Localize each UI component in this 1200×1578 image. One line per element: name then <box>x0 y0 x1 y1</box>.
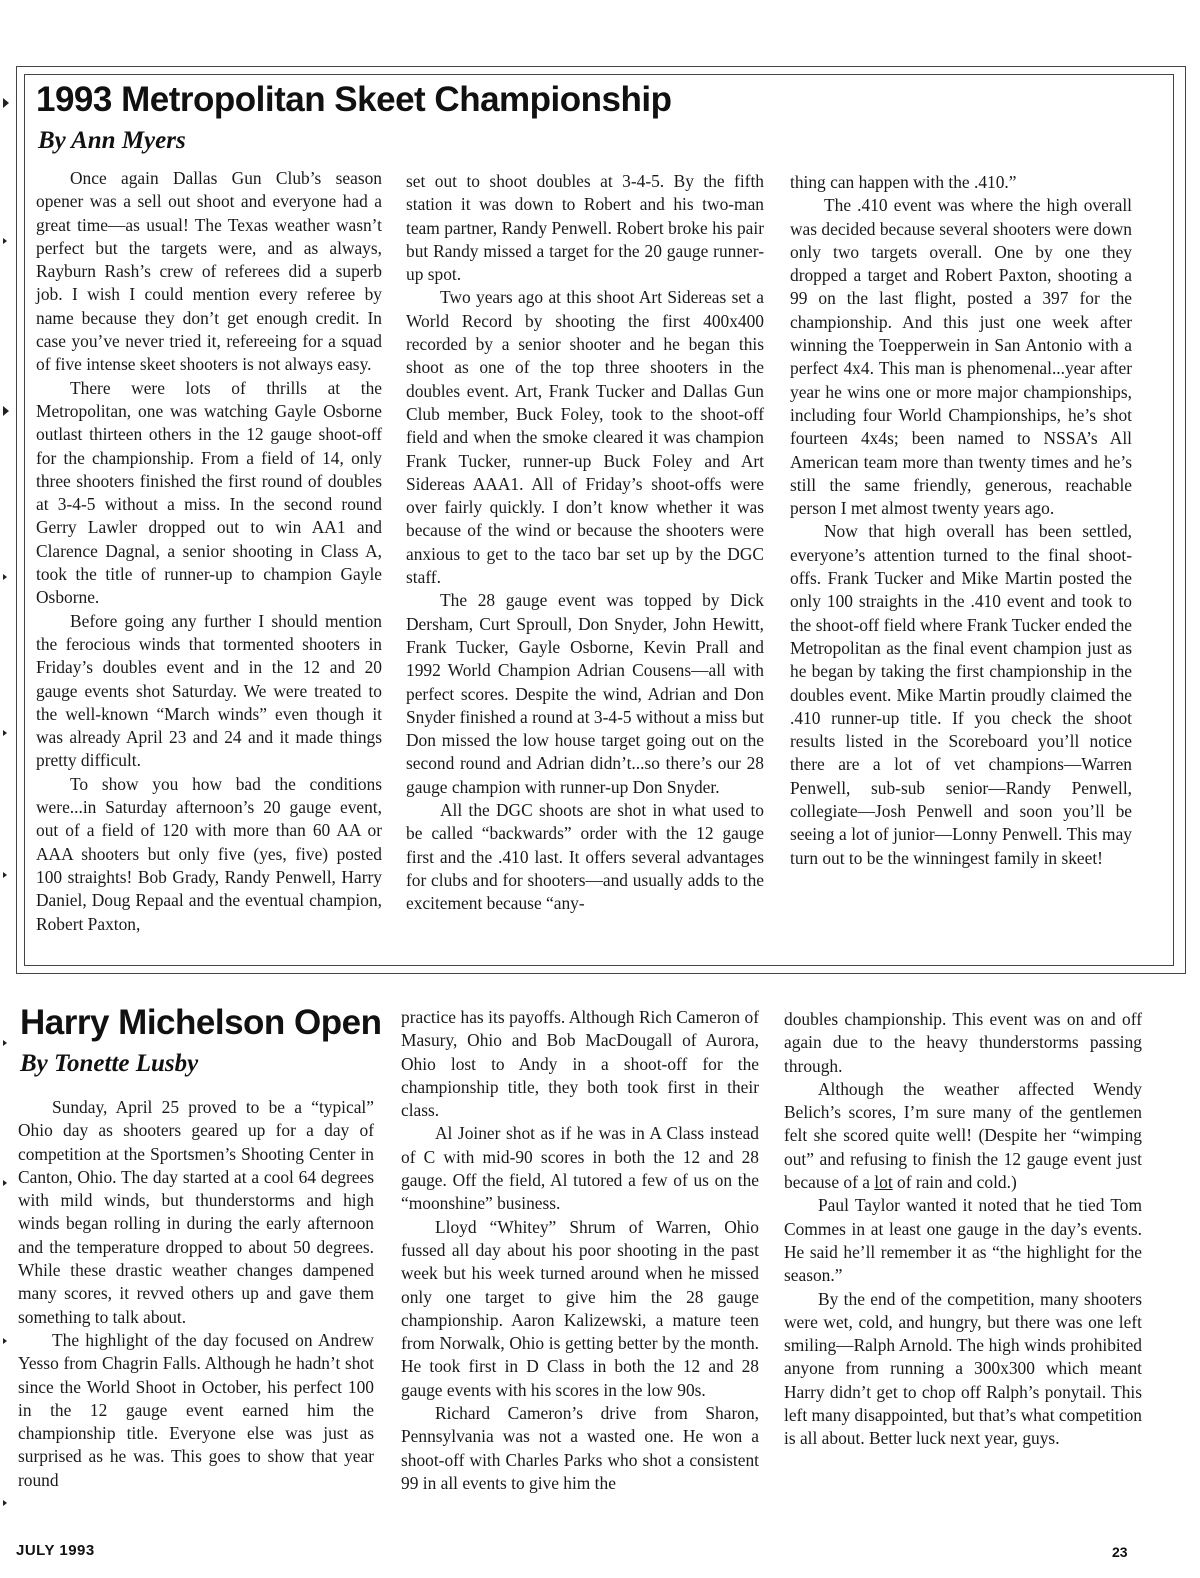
paragraph: Sunday, April 25 proved to be a “typical… <box>18 1096 374 1329</box>
paragraph: By the end of the competition, many shoo… <box>784 1288 1142 1451</box>
paragraph: Although the weather affected Wendy Beli… <box>784 1078 1142 1194</box>
margin-mark-icon <box>3 574 7 580</box>
paragraph: Al Joiner shot as if he was in A Class i… <box>401 1122 759 1215</box>
article2-column-2: practice has its payoffs. Although Rich … <box>401 1006 759 1495</box>
margin-mark-icon <box>3 1040 7 1046</box>
paragraph: thing can happen with the .410.” <box>790 171 1132 194</box>
article2-byline: By Tonette Lusby <box>20 1050 198 1078</box>
paragraph-text: of rain and cold.) <box>893 1172 1017 1192</box>
underlined-emphasis: lot <box>874 1172 892 1192</box>
paragraph: The highlight of the day focused on Andr… <box>18 1329 374 1492</box>
issue-date: JULY 1993 <box>16 1542 95 1559</box>
article1-column-3: thing can happen with the .410.” The .41… <box>790 171 1132 870</box>
paragraph: set out to shoot doubles at 3-4-5. By th… <box>406 170 764 286</box>
page-number: 23 <box>1112 1544 1128 1560</box>
paragraph: Once again Dallas Gun Club’s season open… <box>36 167 382 377</box>
paragraph: practice has its payoffs. Although Rich … <box>401 1006 759 1122</box>
margin-mark-icon <box>3 238 7 244</box>
article2-title: Harry Michelson Open <box>20 1003 381 1043</box>
paragraph: Two years ago at this shoot Art Sidereas… <box>406 286 764 589</box>
margin-mark-icon <box>3 872 7 878</box>
paragraph: All the DGC shoots are shot in what used… <box>406 799 764 915</box>
paragraph: doubles championship. This event was on … <box>784 1008 1142 1078</box>
article1-column-1: Once again Dallas Gun Club’s season open… <box>36 167 382 936</box>
paragraph: Lloyd “Whitey” Shrum of Warren, Ohio fus… <box>401 1216 759 1402</box>
paragraph: There were lots of thrills at the Metrop… <box>36 377 382 610</box>
margin-mark-icon <box>3 98 9 108</box>
margin-mark-icon <box>3 1500 7 1506</box>
paragraph: Now that high overall has been settled, … <box>790 520 1132 869</box>
paragraph: The 28 gauge event was topped by Dick De… <box>406 589 764 799</box>
margin-mark-icon <box>3 730 7 736</box>
article1-byline: By Ann Myers <box>38 127 186 155</box>
paragraph: The .410 event was where the high overal… <box>790 194 1132 520</box>
margin-mark-icon <box>3 1180 7 1186</box>
paragraph: Richard Cameron’s drive from Sharon, Pen… <box>401 1402 759 1495</box>
article1-title: 1993 Metropolitan Skeet Championship <box>36 80 671 120</box>
paragraph: Before going any further I should mentio… <box>36 610 382 773</box>
article2-column-3: doubles championship. This event was on … <box>784 1008 1142 1451</box>
article1-column-2: set out to shoot doubles at 3-4-5. By th… <box>406 170 764 916</box>
margin-mark-icon <box>3 406 9 416</box>
paragraph: Paul Taylor wanted it noted that he tied… <box>784 1194 1142 1287</box>
margin-mark-icon <box>3 1338 7 1344</box>
article2-column-1: Sunday, April 25 proved to be a “typical… <box>18 1096 374 1492</box>
paragraph: To show you how bad the conditions were.… <box>36 773 382 936</box>
